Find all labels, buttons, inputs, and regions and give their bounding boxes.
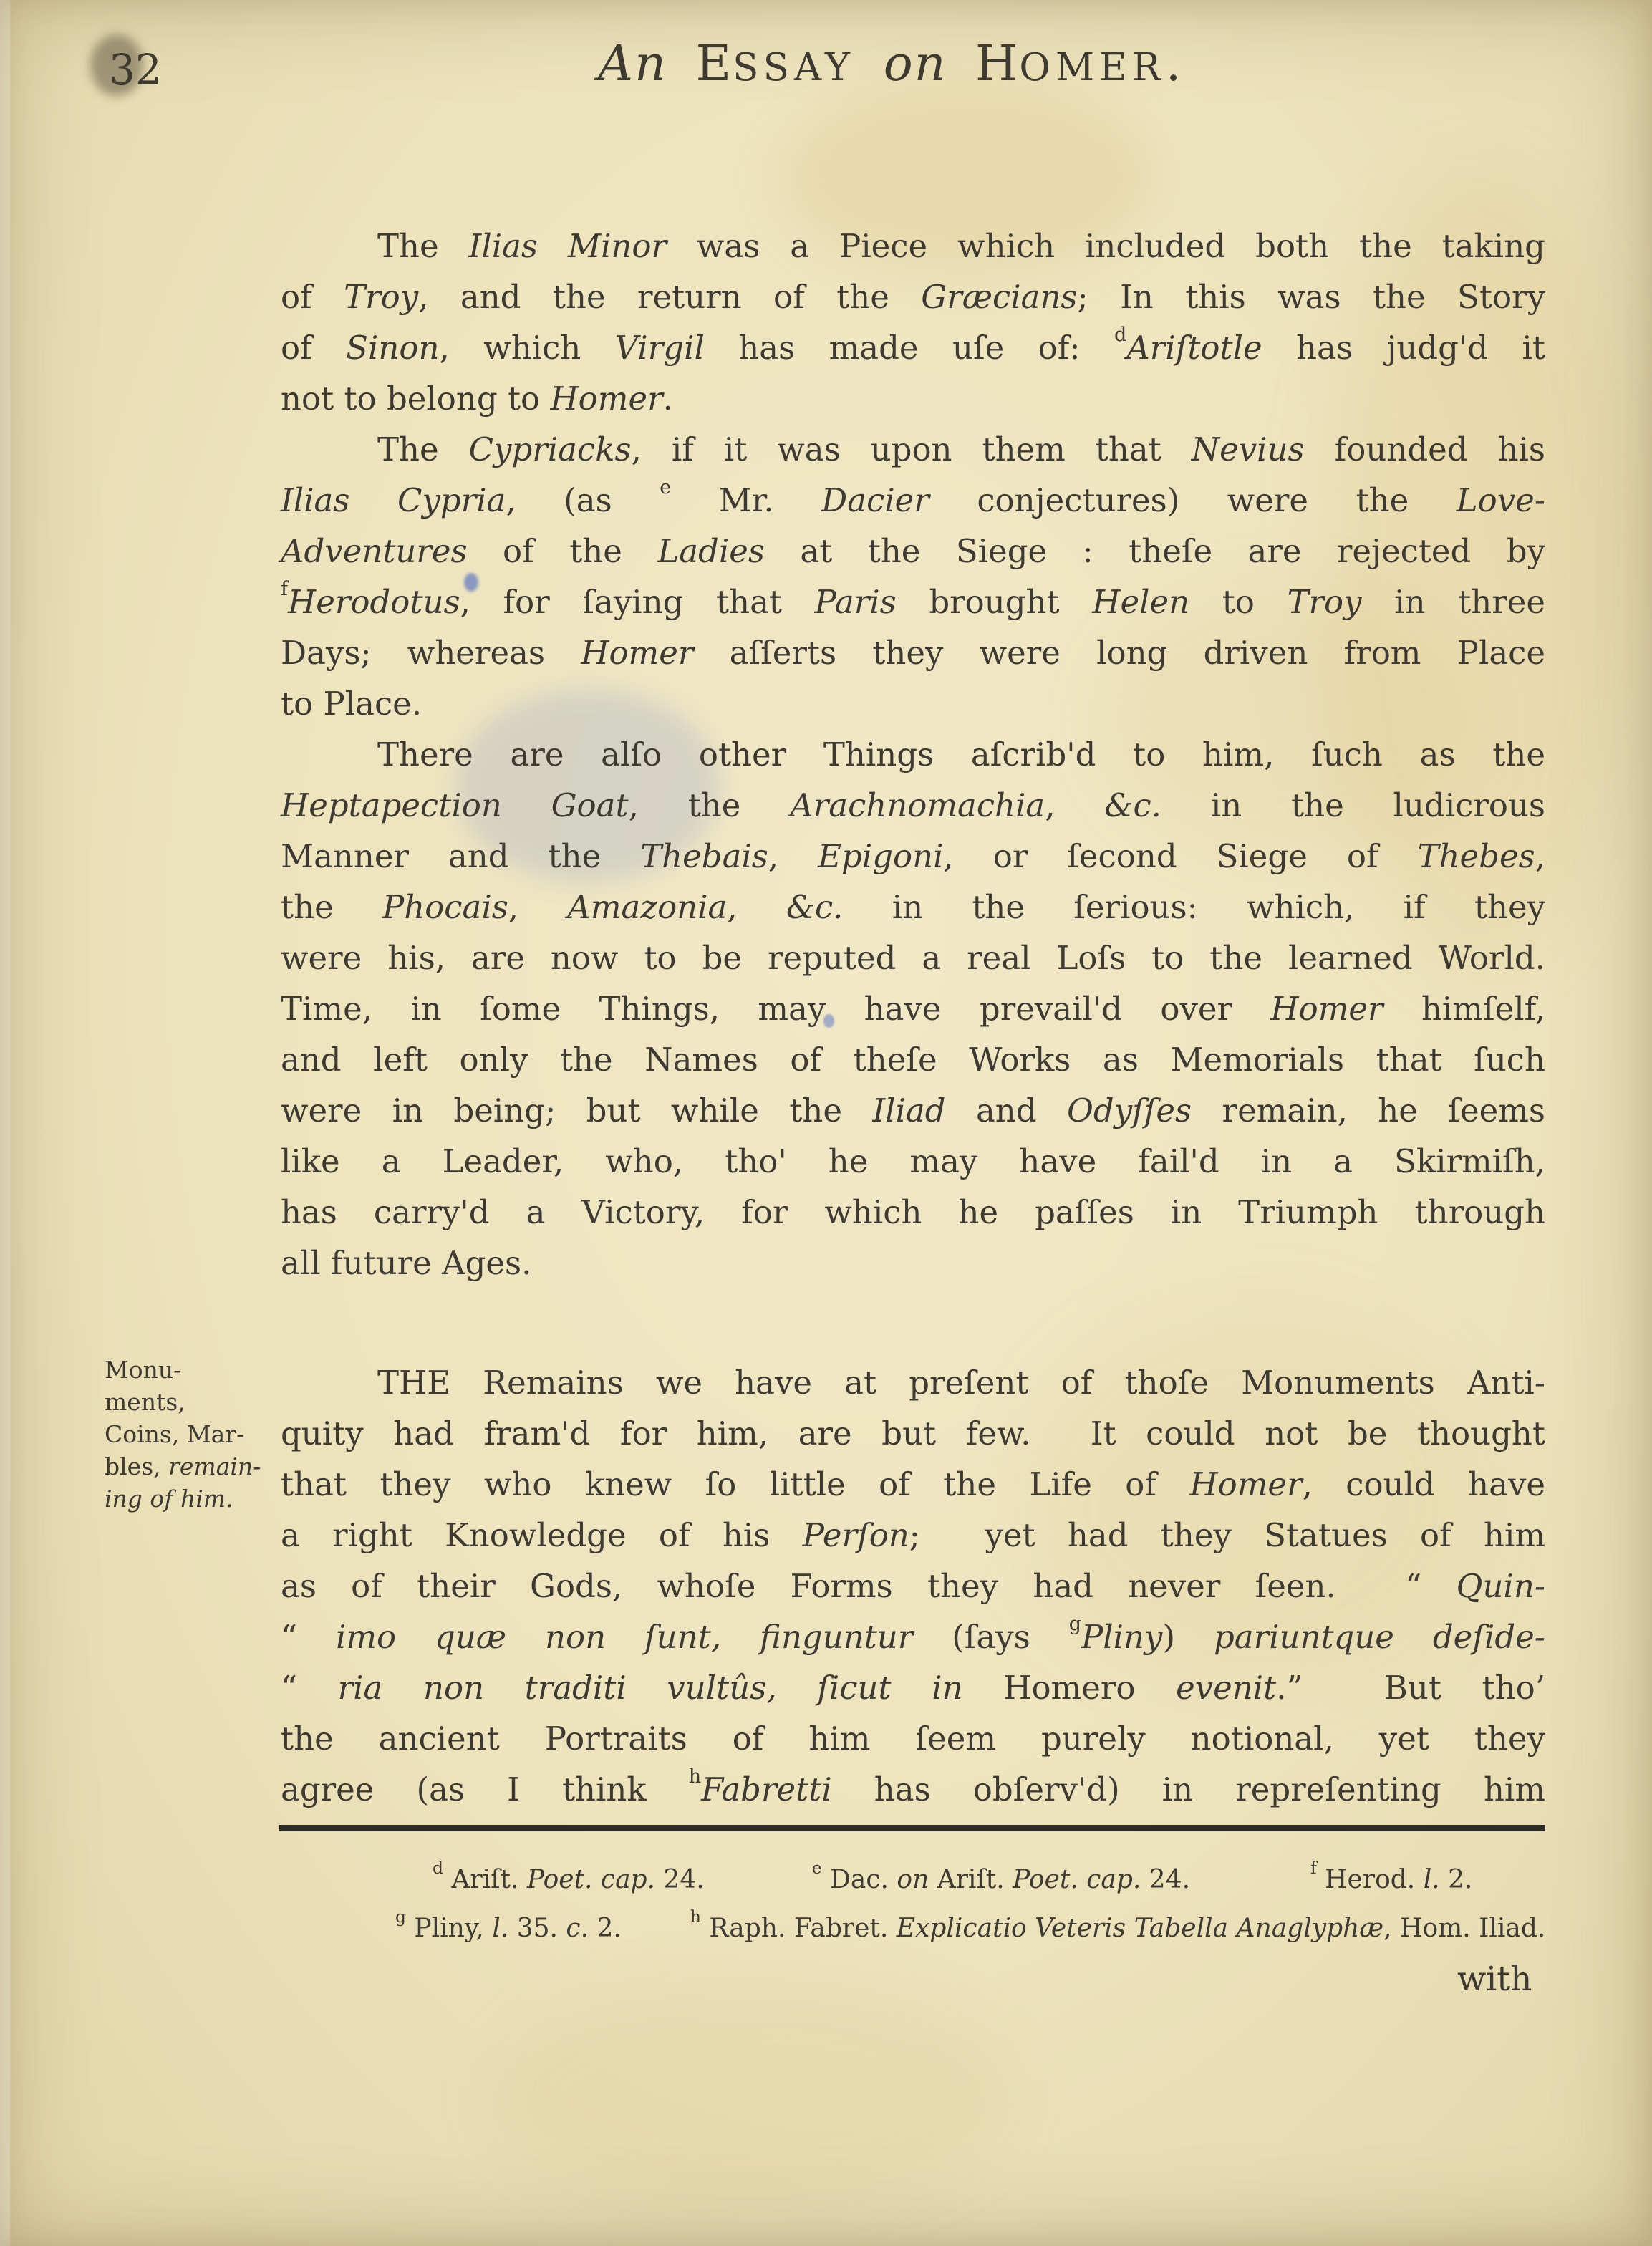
margin-note-line: ing of him. <box>105 1483 289 1515</box>
text-line: Time, in ſome Things, may have prevail'd… <box>281 983 1545 1034</box>
text-line: The Ilias Minor was a Piece which includ… <box>281 221 1545 271</box>
text-line: The Cypriacks, if it was upon them that … <box>281 424 1545 475</box>
margin-note-line: Coins, Mar- <box>105 1418 289 1450</box>
text-line: THE Remains we have at preſent of thoſe … <box>281 1357 1545 1408</box>
text-line: Manner and the Thebais, Epigoni, or ſeco… <box>281 831 1545 882</box>
margin-note-line: bles, remain- <box>105 1450 289 1483</box>
text-line: Days; whereas Homer aſſerts they were lo… <box>281 627 1545 678</box>
scan-edge-strip <box>0 0 10 2246</box>
text-line: and left only the Names of theſe Works a… <box>281 1034 1545 1085</box>
footnote-item: f Herod. l. 2. <box>1310 1852 1472 1901</box>
text-line: “ ria non traditi vultûs, ſicut in Homer… <box>281 1662 1545 1713</box>
text-line: Adventures of the Ladies at the Siege : … <box>281 526 1545 577</box>
paragraph: The Cypriacks, if it was upon them that … <box>281 424 1545 729</box>
catchword: with <box>1457 1960 1532 1999</box>
text-line: were in being; but while the Iliad and O… <box>281 1085 1545 1136</box>
page-number: 32 <box>109 49 162 90</box>
text-line: like a Leader, who, tho' he may have fai… <box>281 1136 1545 1187</box>
footnote-item: e Dac. on Ariſt. Poet. cap. 24. <box>812 1852 1190 1901</box>
text-line: not to belong to Homer. <box>281 373 1545 424</box>
text-line: fHerodotus, for ſaying that Paris brough… <box>281 577 1545 627</box>
text-line: There are alſo other Things aſcrib'd to … <box>281 729 1545 780</box>
text-line: “ imo quæ non ſunt, finguntur (ſays gPli… <box>281 1611 1545 1662</box>
paragraph: There are alſo other Things aſcrib'd to … <box>281 729 1545 1288</box>
text-line: Ilias Cypria, (as e Mr. Dacier conjectur… <box>281 475 1545 526</box>
text-line: as of their Gods, whoſe Forms they had n… <box>281 1561 1545 1611</box>
footnote-item: g Pliny, l. 35. c. 2. <box>395 1901 622 1949</box>
text-line: quity had fram'd for him, are but few. I… <box>281 1408 1545 1459</box>
text-line: all future Ages. <box>281 1238 1545 1288</box>
text-line: a right Knowledge of his Perſon; yet had… <box>281 1510 1545 1561</box>
book-page-scan: 32 An ESSAY on HOMER. The Ilias Minor wa… <box>0 0 1652 2246</box>
margin-note: Monu-ments,Coins, Mar-bles, remain-ing o… <box>105 1354 289 1515</box>
footnotes: d Ariſt. Poet. cap. 24.e Dac. on Ariſt. … <box>281 1852 1545 1949</box>
text-line: of Troy, and the return of the Græcians;… <box>281 271 1545 322</box>
running-title: An ESSAY on HOMER. <box>598 40 1182 89</box>
foxing-stain <box>494 1984 1010 2206</box>
text-column: The Ilias Minor was a Piece which includ… <box>281 221 1545 1815</box>
margin-note-line: ments, <box>105 1386 289 1418</box>
footnote-item: d Ariſt. Poet. cap. 24. <box>433 1852 705 1901</box>
footnote-row: g Pliny, l. 35. c. 2.h Raph. Fabret. Exp… <box>281 1901 1545 1949</box>
text-line: has carry'd a Victory, for which he paſſ… <box>281 1187 1545 1238</box>
text-line: the Phocais, Amazonia, &c. in the ſeriou… <box>281 882 1545 932</box>
text-line: to Place. <box>281 678 1545 729</box>
paragraph: The Ilias Minor was a Piece which includ… <box>281 221 1545 424</box>
margin-note-line: Monu- <box>105 1354 289 1386</box>
footnote-row: d Ariſt. Poet. cap. 24.e Dac. on Ariſt. … <box>281 1852 1545 1901</box>
footnote-rule <box>279 1825 1545 1831</box>
text-line: the ancient Portraits of him ſeem purely… <box>281 1713 1545 1764</box>
text-line: agree (as I think hFabretti has obſerv'd… <box>281 1764 1545 1815</box>
text-line: Heptapection Goat, the Arachnomachia, &c… <box>281 780 1545 831</box>
text-line: were his, are now to be reputed a real L… <box>281 932 1545 983</box>
paragraph: THE Remains we have at preſent of thoſe … <box>281 1357 1545 1815</box>
text-line: that they who knew ſo little of the Life… <box>281 1459 1545 1510</box>
text-line: of Sinon, which Virgil has made uſe of: … <box>281 322 1545 373</box>
footnote-item: h Raph. Fabret. Explicatio Veteris Tabel… <box>690 1901 1546 1949</box>
